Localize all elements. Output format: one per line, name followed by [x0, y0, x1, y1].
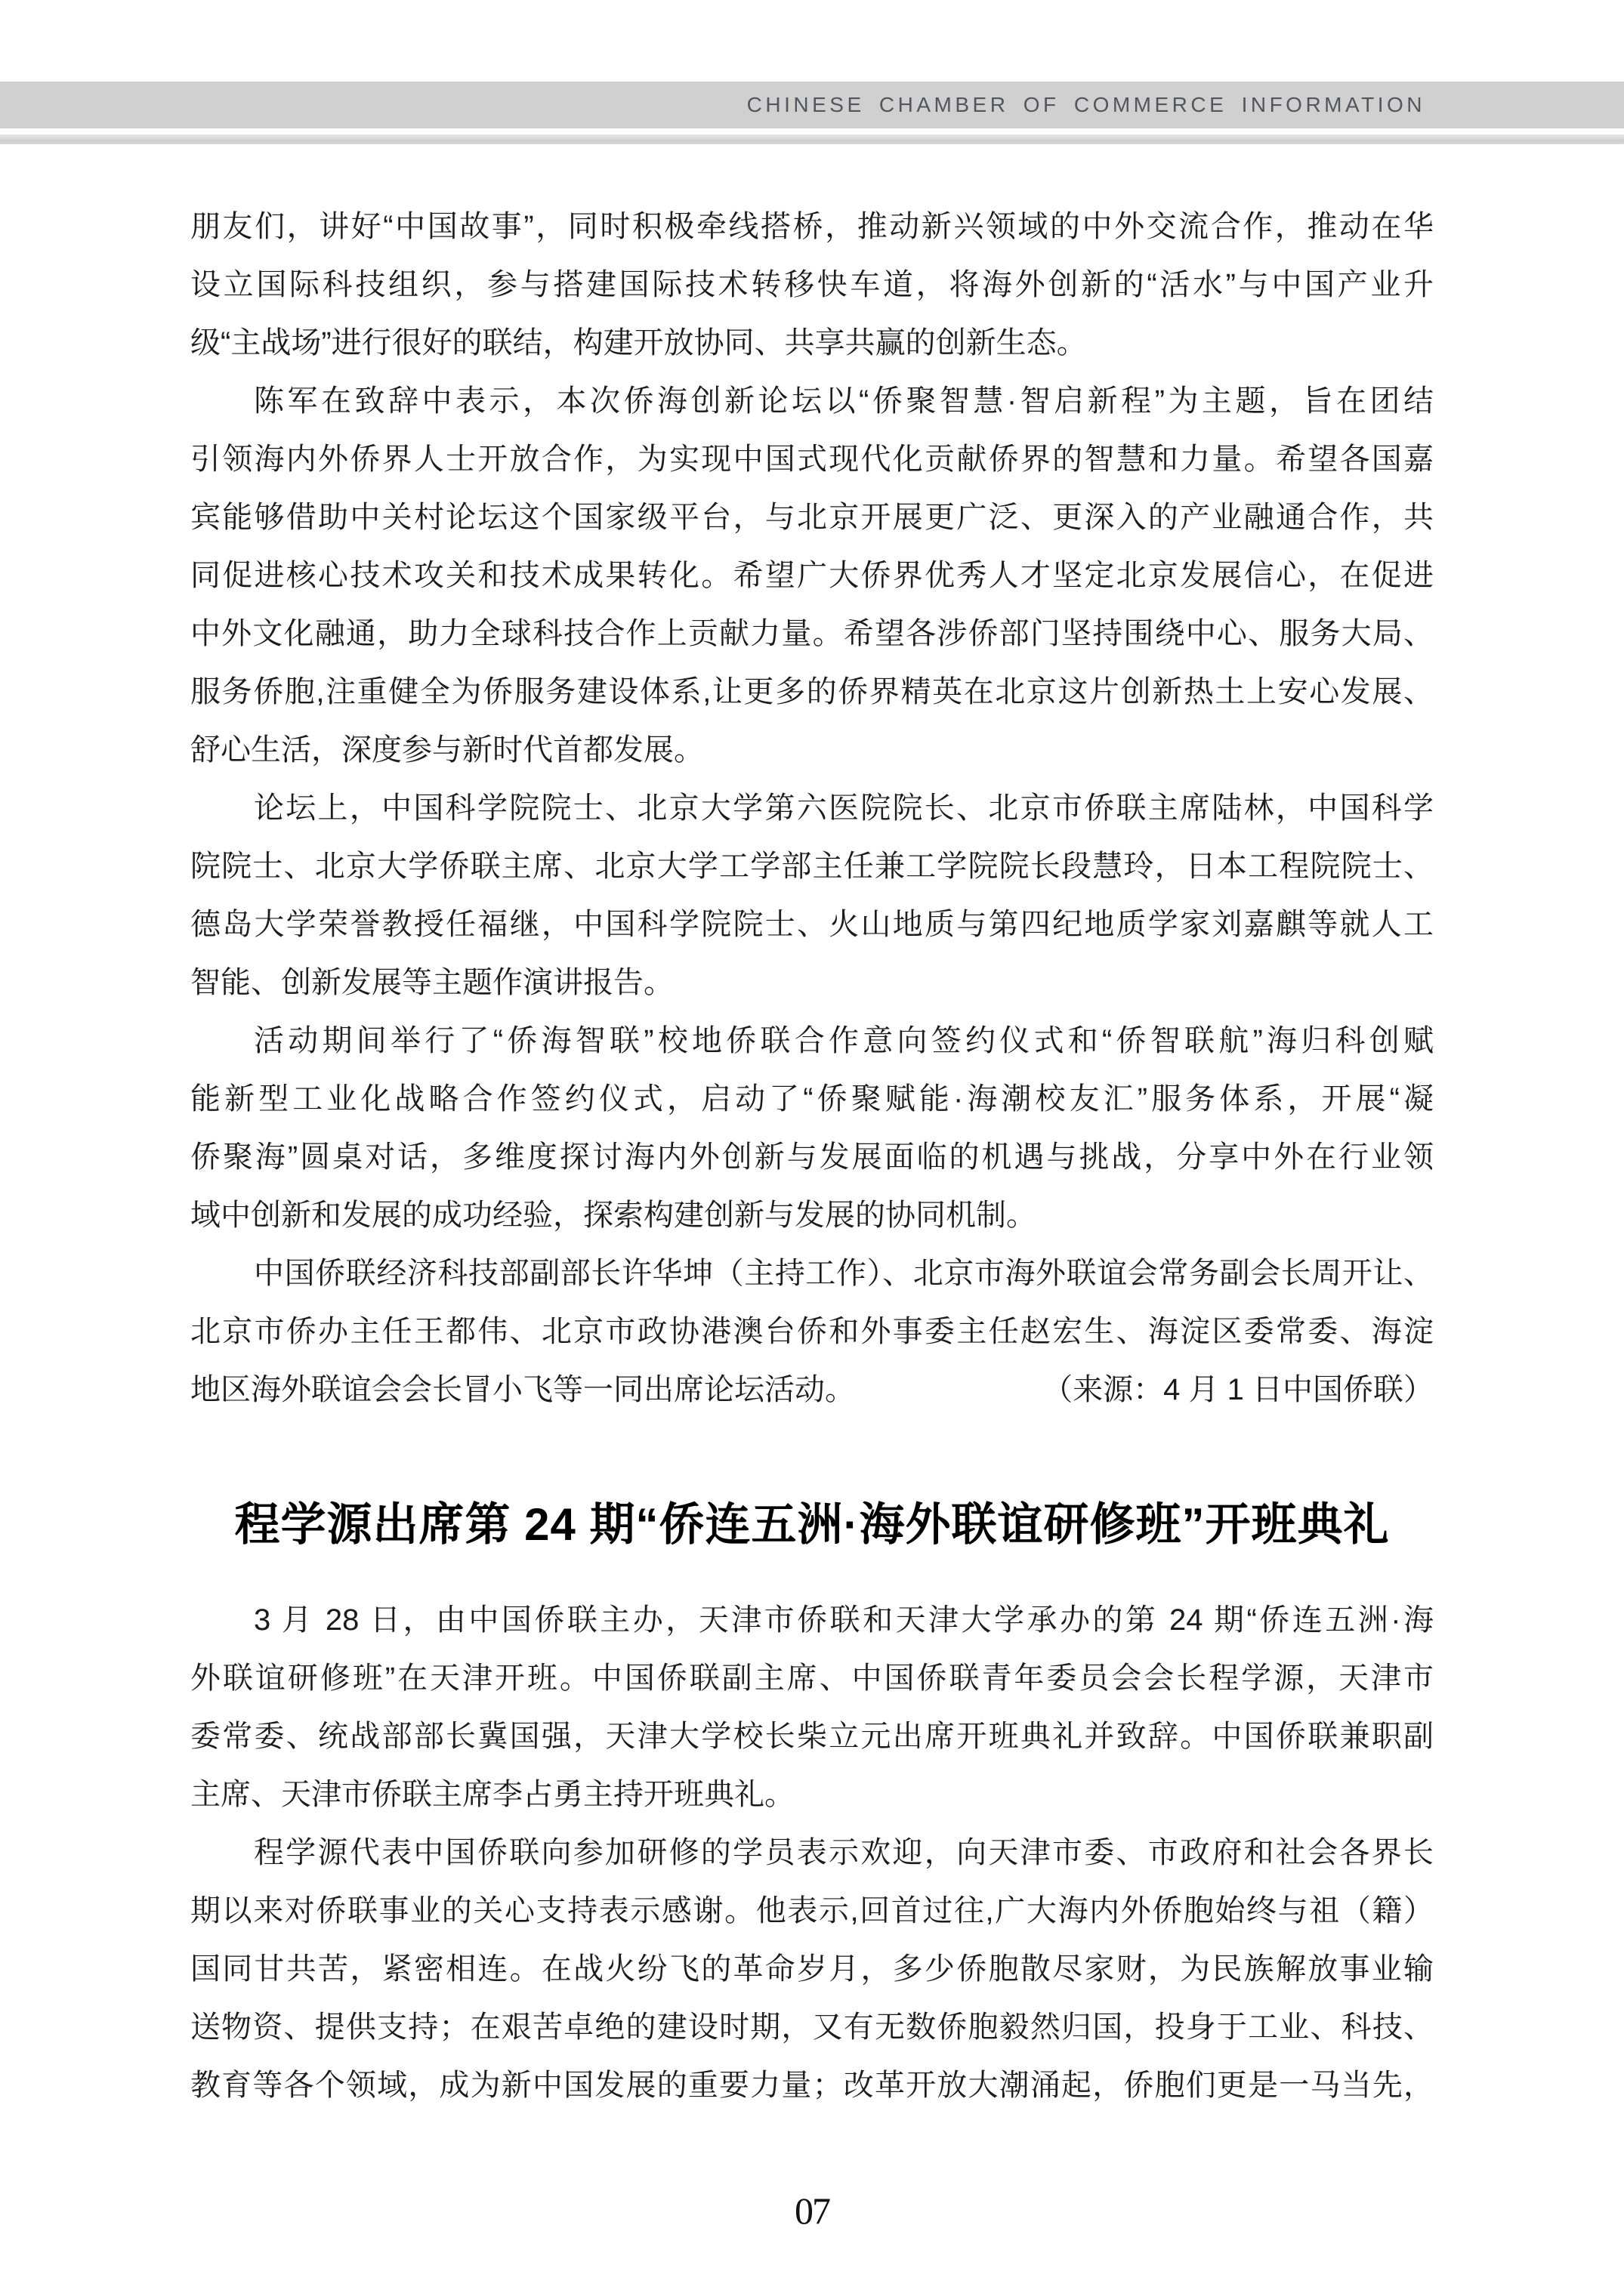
line-text: 地区海外联谊会会长冒小飞等一同出席论坛活动。	[190, 1361, 855, 1419]
text-line: 委常委、统战部部长冀国强，天津大学校长柴立元出席开班典礼并致辞。中国侨联兼职副	[190, 1708, 1434, 1766]
text-line: 域中创新和发展的成功经验，探索构建创新与发展的协同机制。	[190, 1187, 1434, 1245]
page-content: 朋友们，讲好“中国故事”，同时积极牵线搭桥，推动新兴领域的中外交流合作，推动在华…	[190, 198, 1434, 2115]
text-line: 宾能够借助中关村论坛这个国家级平台，与北京开展更广泛、更深入的产业融通合作，共	[190, 489, 1434, 547]
text-line: 送物资、提供支持；在艰苦卓绝的建设时期，又有无数侨胞毅然归国，投身于工业、科技、	[190, 1998, 1434, 2057]
text-line: 级“主战场”进行很好的联结，构建开放协同、共享共赢的创新生态。	[190, 314, 1434, 372]
source-credit: （来源：4 月 1 日中国侨联）	[1042, 1361, 1434, 1419]
text-line: 同促进核心技术攻关和技术成果转化。希望广大侨界优秀人才坚定北京发展信心，在促进	[190, 547, 1434, 605]
text-line: 主席、天津市侨联主席李占勇主持开班典礼。	[190, 1766, 1434, 1824]
article2-body: 3 月 28 日，由中国侨联主办，天津市侨联和天津大学承办的第 24 期“侨连五…	[190, 1591, 1434, 2115]
article2-title: 程学源出席第 24 期“侨连五洲·海外联谊研修班”开班典礼	[190, 1495, 1434, 1555]
header-rule	[0, 134, 1624, 144]
text-line: 陈军在致辞中表示，本次侨海创新论坛以“侨聚智慧·智启新程”为主题，旨在团结	[190, 372, 1434, 431]
header-banner-band: CHINESE CHAMBER OF COMMERCE INFORMATION	[0, 82, 1624, 128]
text-line: 侨聚海”圆桌对话，多维度探讨海内外创新与发展面临的机遇与挑战，分享中外在行业领	[190, 1128, 1434, 1187]
text-line: 舒心生活，深度参与新时代首都发展。	[190, 721, 1434, 779]
text-line: 中外文化融通，助力全球科技合作上贡献力量。希望各涉侨部门坚持围绕中心、服务大局、	[190, 605, 1434, 663]
text-line: 服务侨胞,注重健全为侨服务建设体系,让更多的侨界精英在北京这片创新热土上安心发展…	[190, 663, 1434, 721]
text-line: 教育等各个领域，成为新中国发展的重要力量；改革开放大潮涌起，侨胞们更是一马当先，	[190, 2057, 1434, 2115]
text-line: 国同甘共苦，紧密相连。在战火纷飞的革命岁月，多少侨胞散尽家财，为民族解放事业输	[190, 1940, 1434, 1998]
text-line: 设立国际科技组织，参与搭建国际技术转移快车道，将海外创新的“活水”与中国产业升	[190, 256, 1434, 314]
text-line: 期以来对侨联事业的关心支持表示感谢。他表示,回首过往,广大海内外侨胞始终与祖（籍…	[190, 1882, 1434, 1940]
document-page: CHINESE CHAMBER OF COMMERCE INFORMATION …	[0, 0, 1624, 2293]
text-line: 中国侨联经济科技部副部长许华坤（主持工作）、北京市海外联谊会常务副会长周开让、	[190, 1245, 1434, 1303]
text-line: 程学源代表中国侨联向参加研修的学员表示欢迎，向天津市委、市政府和社会各界长	[190, 1824, 1434, 1882]
text-line: 北京市侨办主任王都伟、北京市政协港澳台侨和外事委主任赵宏生、海淀区委常委、海淀	[190, 1303, 1434, 1361]
text-line: 智能、创新发展等主题作演讲报告。	[190, 954, 1434, 1012]
text-line: 朋友们，讲好“中国故事”，同时积极牵线搭桥，推动新兴领域的中外交流合作，推动在华	[190, 198, 1434, 256]
header-banner-text: CHINESE CHAMBER OF COMMERCE INFORMATION	[747, 82, 1425, 128]
text-line: 3 月 28 日，由中国侨联主办，天津市侨联和天津大学承办的第 24 期“侨连五…	[190, 1591, 1434, 1650]
text-line: 地区海外联谊会会长冒小飞等一同出席论坛活动。（来源：4 月 1 日中国侨联）	[190, 1361, 1434, 1419]
article1-body: 朋友们，讲好“中国故事”，同时积极牵线搭桥，推动新兴领域的中外交流合作，推动在华…	[190, 198, 1434, 1419]
page-number: 07	[0, 2189, 1624, 2233]
text-line: 外联谊研修班”在天津开班。中国侨联副主席、中国侨联青年委员会会长程学源，天津市	[190, 1650, 1434, 1708]
text-line: 院院士、北京大学侨联主席、北京大学工学部主任兼工学院院长段慧玲，日本工程院院士、	[190, 838, 1434, 896]
text-line: 活动期间举行了“侨海智联”校地侨联合作意向签约仪式和“侨智联航”海归科创赋	[190, 1012, 1434, 1070]
text-line: 论坛上，中国科学院院士、北京大学第六医院院长、北京市侨联主席陆林，中国科学	[190, 779, 1434, 838]
text-line: 德岛大学荣誉教授任福继，中国科学院院士、火山地质与第四纪地质学家刘嘉麒等就人工	[190, 896, 1434, 954]
text-line: 能新型工业化战略合作签约仪式，启动了“侨聚赋能·海潮校友汇”服务体系，开展“凝	[190, 1070, 1434, 1128]
text-line: 引领海内外侨界人士开放合作，为实现中国式现代化贡献侨界的智慧和力量。希望各国嘉	[190, 431, 1434, 489]
